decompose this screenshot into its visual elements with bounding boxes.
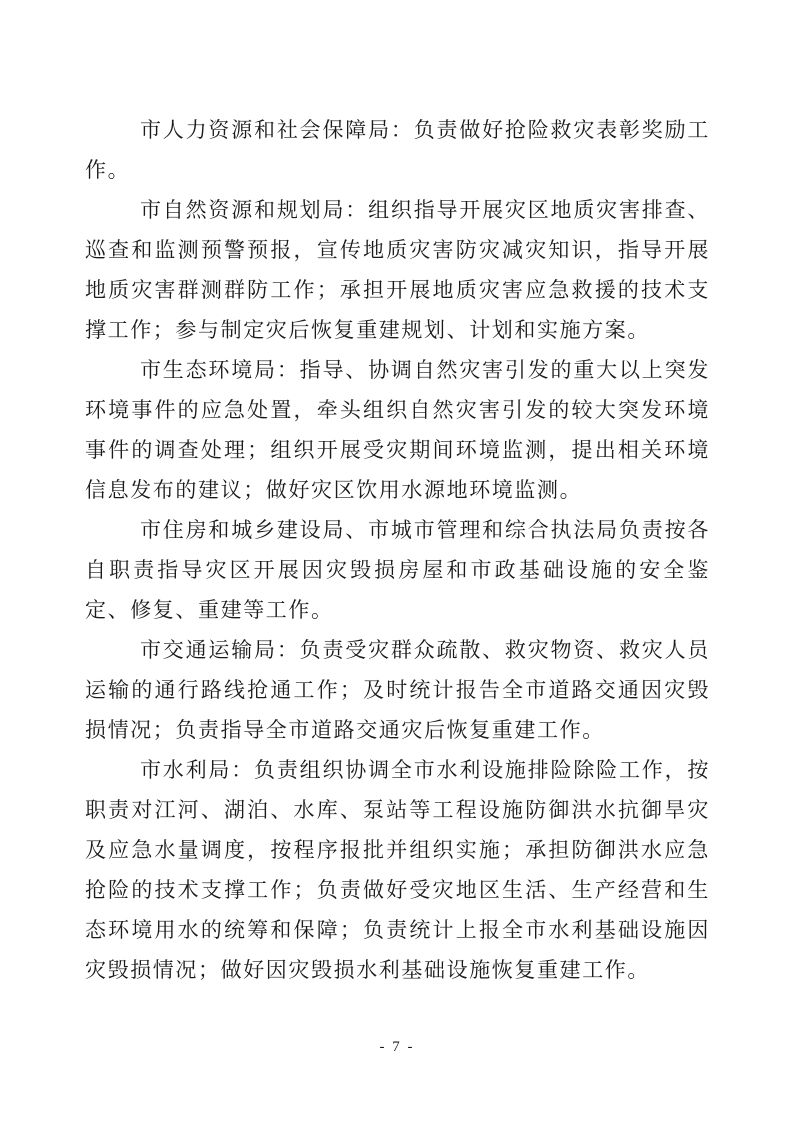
page-footer: - 7 - <box>0 1038 794 1056</box>
document-page: 市人力资源和社会保障局：负责做好抢险救灾表彰奖励工作。 市自然资源和规划局：组织… <box>0 0 794 1122</box>
paragraph-transportation: 市交通运输局：负责受灾群众疏散、救灾物资、救灾人员运输的通行路线抢通工作；及时统… <box>85 630 710 750</box>
paragraph-hr-social-security: 市人力资源和社会保障局：负责做好抢险救灾表彰奖励工作。 <box>85 110 710 190</box>
paragraph-natural-resources-planning: 市自然资源和规划局：组织指导开展灾区地质灾害排查、巡查和监测预警预报，宣传地质灾… <box>85 190 710 350</box>
page-number: - 7 - <box>380 1039 415 1055</box>
paragraph-housing-urban-management: 市住房和城乡建设局、市城市管理和综合执法局负责按各自职责指导灾区开展因灾毁损房屋… <box>85 510 710 630</box>
document-body: 市人力资源和社会保障局：负责做好抢险救灾表彰奖励工作。 市自然资源和规划局：组织… <box>85 110 710 990</box>
paragraph-ecology-environment: 市生态环境局：指导、协调自然灾害引发的重大以上突发环境事件的应急处置，牵头组织自… <box>85 350 710 510</box>
paragraph-water-resources: 市水利局：负责组织协调全市水利设施排险除险工作，按职责对江河、湖泊、水库、泵站等… <box>85 750 710 990</box>
